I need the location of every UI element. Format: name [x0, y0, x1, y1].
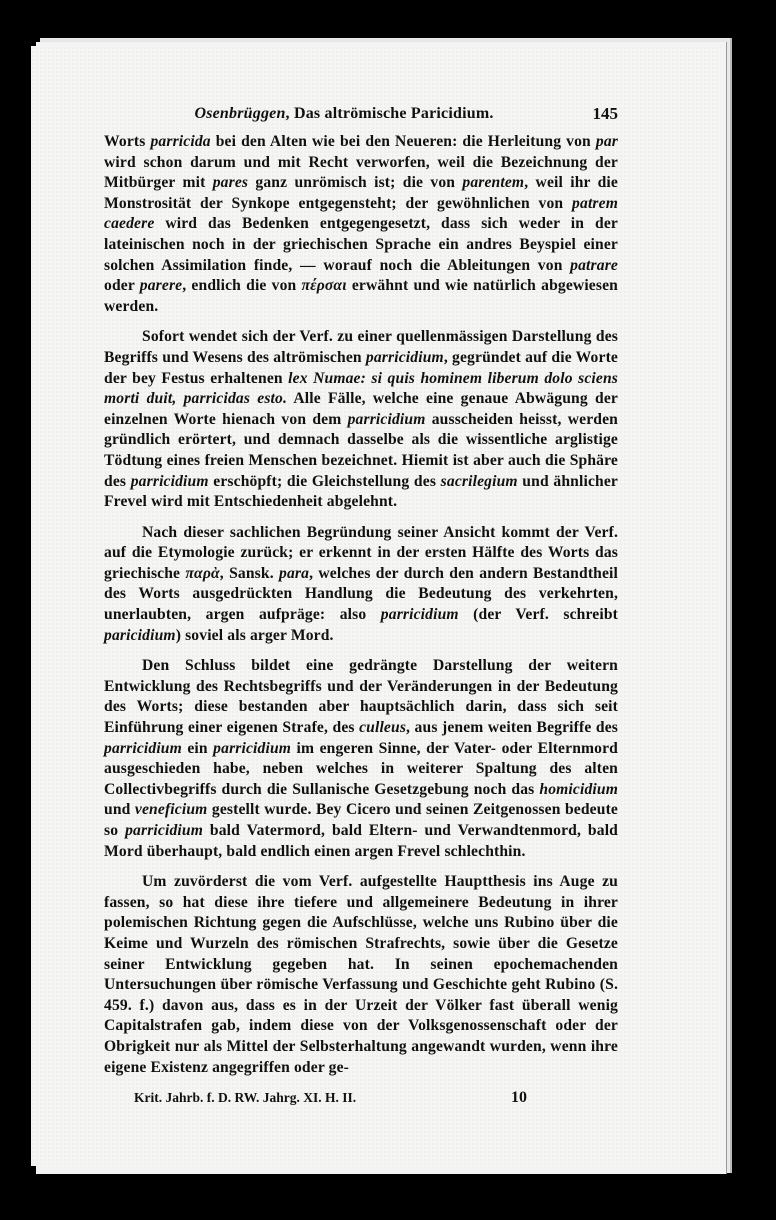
- italic-term: parricida: [150, 133, 210, 150]
- italic-term: parricidium: [125, 822, 203, 839]
- text-run: erschöpft; die Gleichstellung des: [209, 473, 441, 490]
- italic-term: parricidium: [104, 740, 182, 757]
- text-run: bei den Alten wie bei den Neueren: die H…: [211, 133, 596, 150]
- text-run: , endlich die von: [182, 277, 301, 294]
- italic-term: pares: [213, 174, 248, 191]
- running-header: Osenbrüggen, Das altrömische Paricidium.…: [104, 104, 618, 132]
- text-run: ganz unrömisch ist; die von: [248, 174, 462, 191]
- text-run: und: [104, 801, 135, 818]
- page-text: Osenbrüggen, Das altrömische Paricidium.…: [104, 104, 618, 1110]
- italic-term: para: [279, 565, 309, 582]
- paragraph: Sofort wendet sich der Verf. zu einer qu…: [104, 327, 618, 512]
- text-run: Um zuvörderst die vom Verf. aufgestellte…: [104, 873, 618, 1075]
- italic-term: par: [596, 133, 618, 150]
- italic-term: veneficium: [135, 801, 208, 818]
- sheet-number: 10: [511, 1088, 527, 1109]
- italic-term: parricidium: [131, 473, 209, 490]
- text-run: , Sansk.: [220, 565, 279, 582]
- italic-term: culleus: [359, 719, 406, 736]
- italic-term: parere: [140, 277, 182, 294]
- paragraph: Um zuvörderst die vom Verf. aufgestellte…: [104, 872, 618, 1078]
- text-run: ) soviel als arger Mord.: [176, 627, 334, 644]
- text-run: wird das Bedenken entgegengesetzt, dass …: [104, 215, 618, 273]
- paragraph: Nach dieser sachlichen Begründung seiner…: [104, 523, 618, 647]
- text-run: oder: [104, 277, 140, 294]
- article-title: , Das altrömische Paricidium.: [286, 105, 494, 122]
- paragraph: Worts parricida bei den Alten wie bei de…: [104, 132, 618, 317]
- text-run: , aus jenem weiten Begriffe des: [406, 719, 618, 736]
- journal-signature: Krit. Jahrb. f. D. RW. Jahrg. XI. H. II.: [134, 1088, 356, 1109]
- italic-term: parricidium: [366, 349, 444, 366]
- page-number: 145: [593, 104, 619, 125]
- paragraph: Den Schluss bildet eine gedrängte Darste…: [104, 656, 618, 862]
- text-run: ein: [182, 740, 213, 757]
- italic-term: parentem: [462, 174, 524, 191]
- italic-term: πέρσαι: [301, 277, 346, 294]
- italic-term: παρὰ: [185, 565, 219, 582]
- page-footer: Krit. Jahrb. f. D. RW. Jahrg. XI. H. II.…: [104, 1088, 618, 1110]
- text-run: Worts: [104, 133, 150, 150]
- text-run: (der Verf. schreibt: [459, 606, 618, 623]
- italic-term: homicidium: [539, 781, 618, 798]
- italic-term: parricidium: [348, 411, 426, 428]
- author-name: Osenbrüggen: [194, 105, 285, 122]
- running-title: Osenbrüggen, Das altrömische Paricidium.: [104, 104, 584, 125]
- italic-term: paricidium: [104, 627, 176, 644]
- italic-term: sacrilegium: [441, 473, 518, 490]
- italic-term: parricidium: [213, 740, 291, 757]
- italic-term: parricidium: [381, 606, 459, 623]
- italic-term: patrare: [570, 257, 618, 274]
- body-text: Worts parricida bei den Alten wie bei de…: [104, 132, 618, 1078]
